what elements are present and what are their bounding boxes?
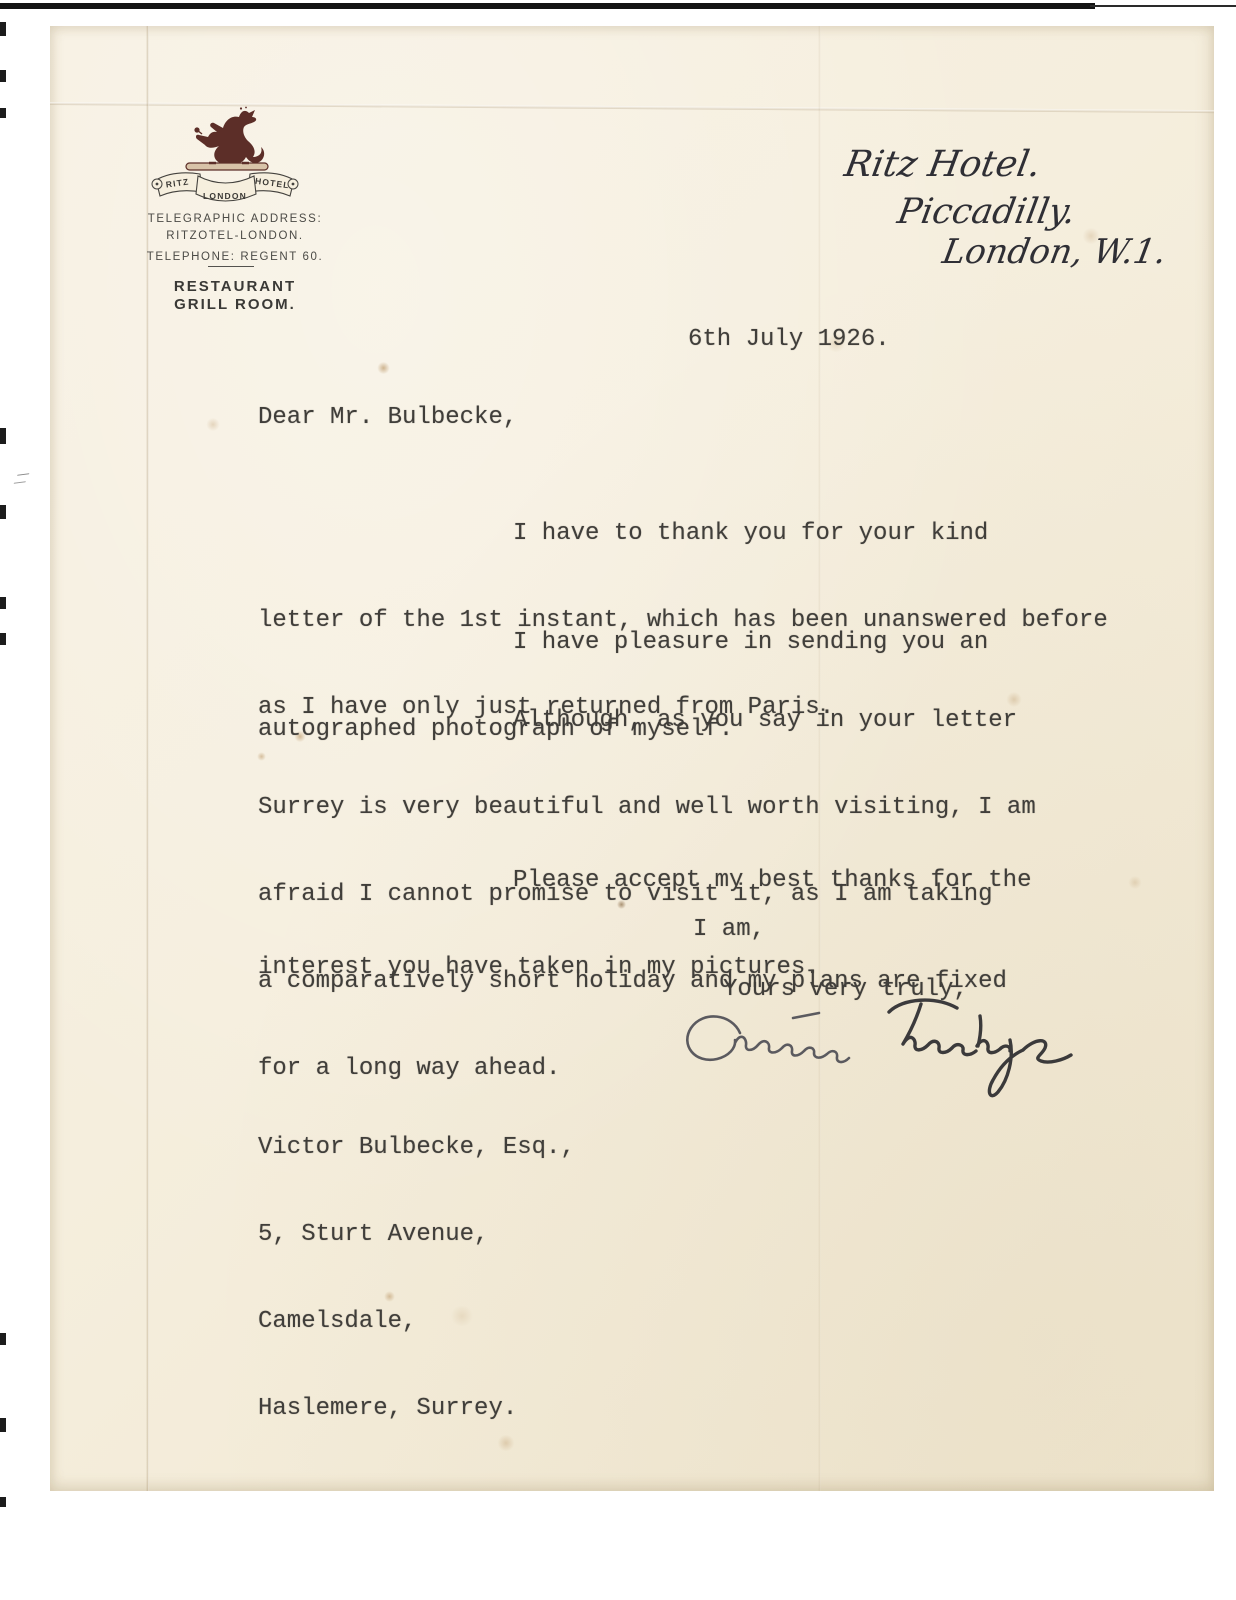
scan-edge-mark: [0, 1333, 6, 1345]
scan-edge-mark: [0, 70, 6, 82]
scan-edge-mark: [0, 505, 6, 519]
telegraphic-address-label: TELEGRAPHIC ADDRESS:: [85, 213, 385, 225]
banner-rosette-left-dot: [156, 183, 159, 186]
recipient-line: Haslemere, Surrey.: [258, 1394, 575, 1423]
banner-rosette-right-dot: [292, 183, 295, 186]
scan-edge-mark: [0, 1418, 6, 1432]
foxing-spot: [377, 362, 390, 374]
scan-background: RITZ LONDON HOTEL TELEGRAPHIC ADDRESS: R…: [0, 0, 1236, 1600]
hotel-name-script: Ritz Hotel.: [841, 144, 1044, 185]
recipient-address: Victor Bulbecke, Esq., 5, Sturt Avenue, …: [258, 1075, 575, 1481]
ink-speck: [240, 107, 242, 109]
recipient-line: 5, Sturt Avenue,: [258, 1220, 575, 1249]
scan-edge-mark: [0, 108, 6, 118]
recipient-line: Camelsdale,: [258, 1307, 575, 1336]
salutation: Dear Mr. Bulbecke,: [258, 403, 517, 432]
signature-stroke-first-name: [687, 1013, 849, 1062]
ritz-crest: RITZ LONDON HOTEL: [150, 106, 300, 216]
scan-edge-mark: [0, 597, 6, 609]
scan-edge-mark: [0, 633, 6, 645]
scan-edge-mark: [0, 428, 6, 444]
fold-crease-vertical: [146, 26, 149, 1491]
closing-i-am: I am,: [693, 915, 765, 944]
telephone-line: TELEPHONE: REGENT 60.: [85, 251, 385, 263]
hotel-city-script: London, W.1.: [939, 232, 1169, 272]
signature-constance-talmadge: [635, 988, 1105, 1138]
letterhead-divider: [208, 266, 254, 267]
scan-edge-mark: [0, 22, 6, 36]
foxing-spot: [206, 418, 220, 431]
scan-edge-mark: [0, 1497, 6, 1507]
foxing-spot: [1128, 876, 1142, 889]
body-line: I have to thank you for your kind: [258, 519, 1108, 548]
scan-artifact-top-bar: [0, 3, 1095, 9]
grill-room-label: GRILL ROOM.: [85, 296, 385, 313]
recipient-line: Victor Bulbecke, Esq.,: [258, 1133, 575, 1162]
scan-pencil-mark: [14, 473, 30, 483]
crest-torse-bar: [186, 163, 268, 170]
telegraphic-address-value: RITZOTEL-LONDON.: [85, 230, 385, 242]
banner-text-london: LONDON: [203, 191, 247, 201]
scan-artifact-top-line: [1090, 5, 1236, 7]
letter-paper: RITZ LONDON HOTEL TELEGRAPHIC ADDRESS: R…: [50, 26, 1214, 1491]
ink-speck: [245, 107, 247, 109]
hotel-street-script: Piccadilly.: [894, 192, 1078, 232]
letter-date: 6th July 1926.: [688, 325, 890, 354]
rampant-lion-icon: [196, 110, 264, 163]
body-line: Although, as you say in your letter: [258, 706, 1036, 735]
crest-graphic: RITZ LONDON HOTEL: [150, 106, 300, 216]
body-line: Please accept my best thanks for the: [258, 866, 1031, 895]
signature-stroke-last-name: [889, 1000, 1071, 1096]
restaurant-label: RESTAURANT: [85, 278, 385, 295]
